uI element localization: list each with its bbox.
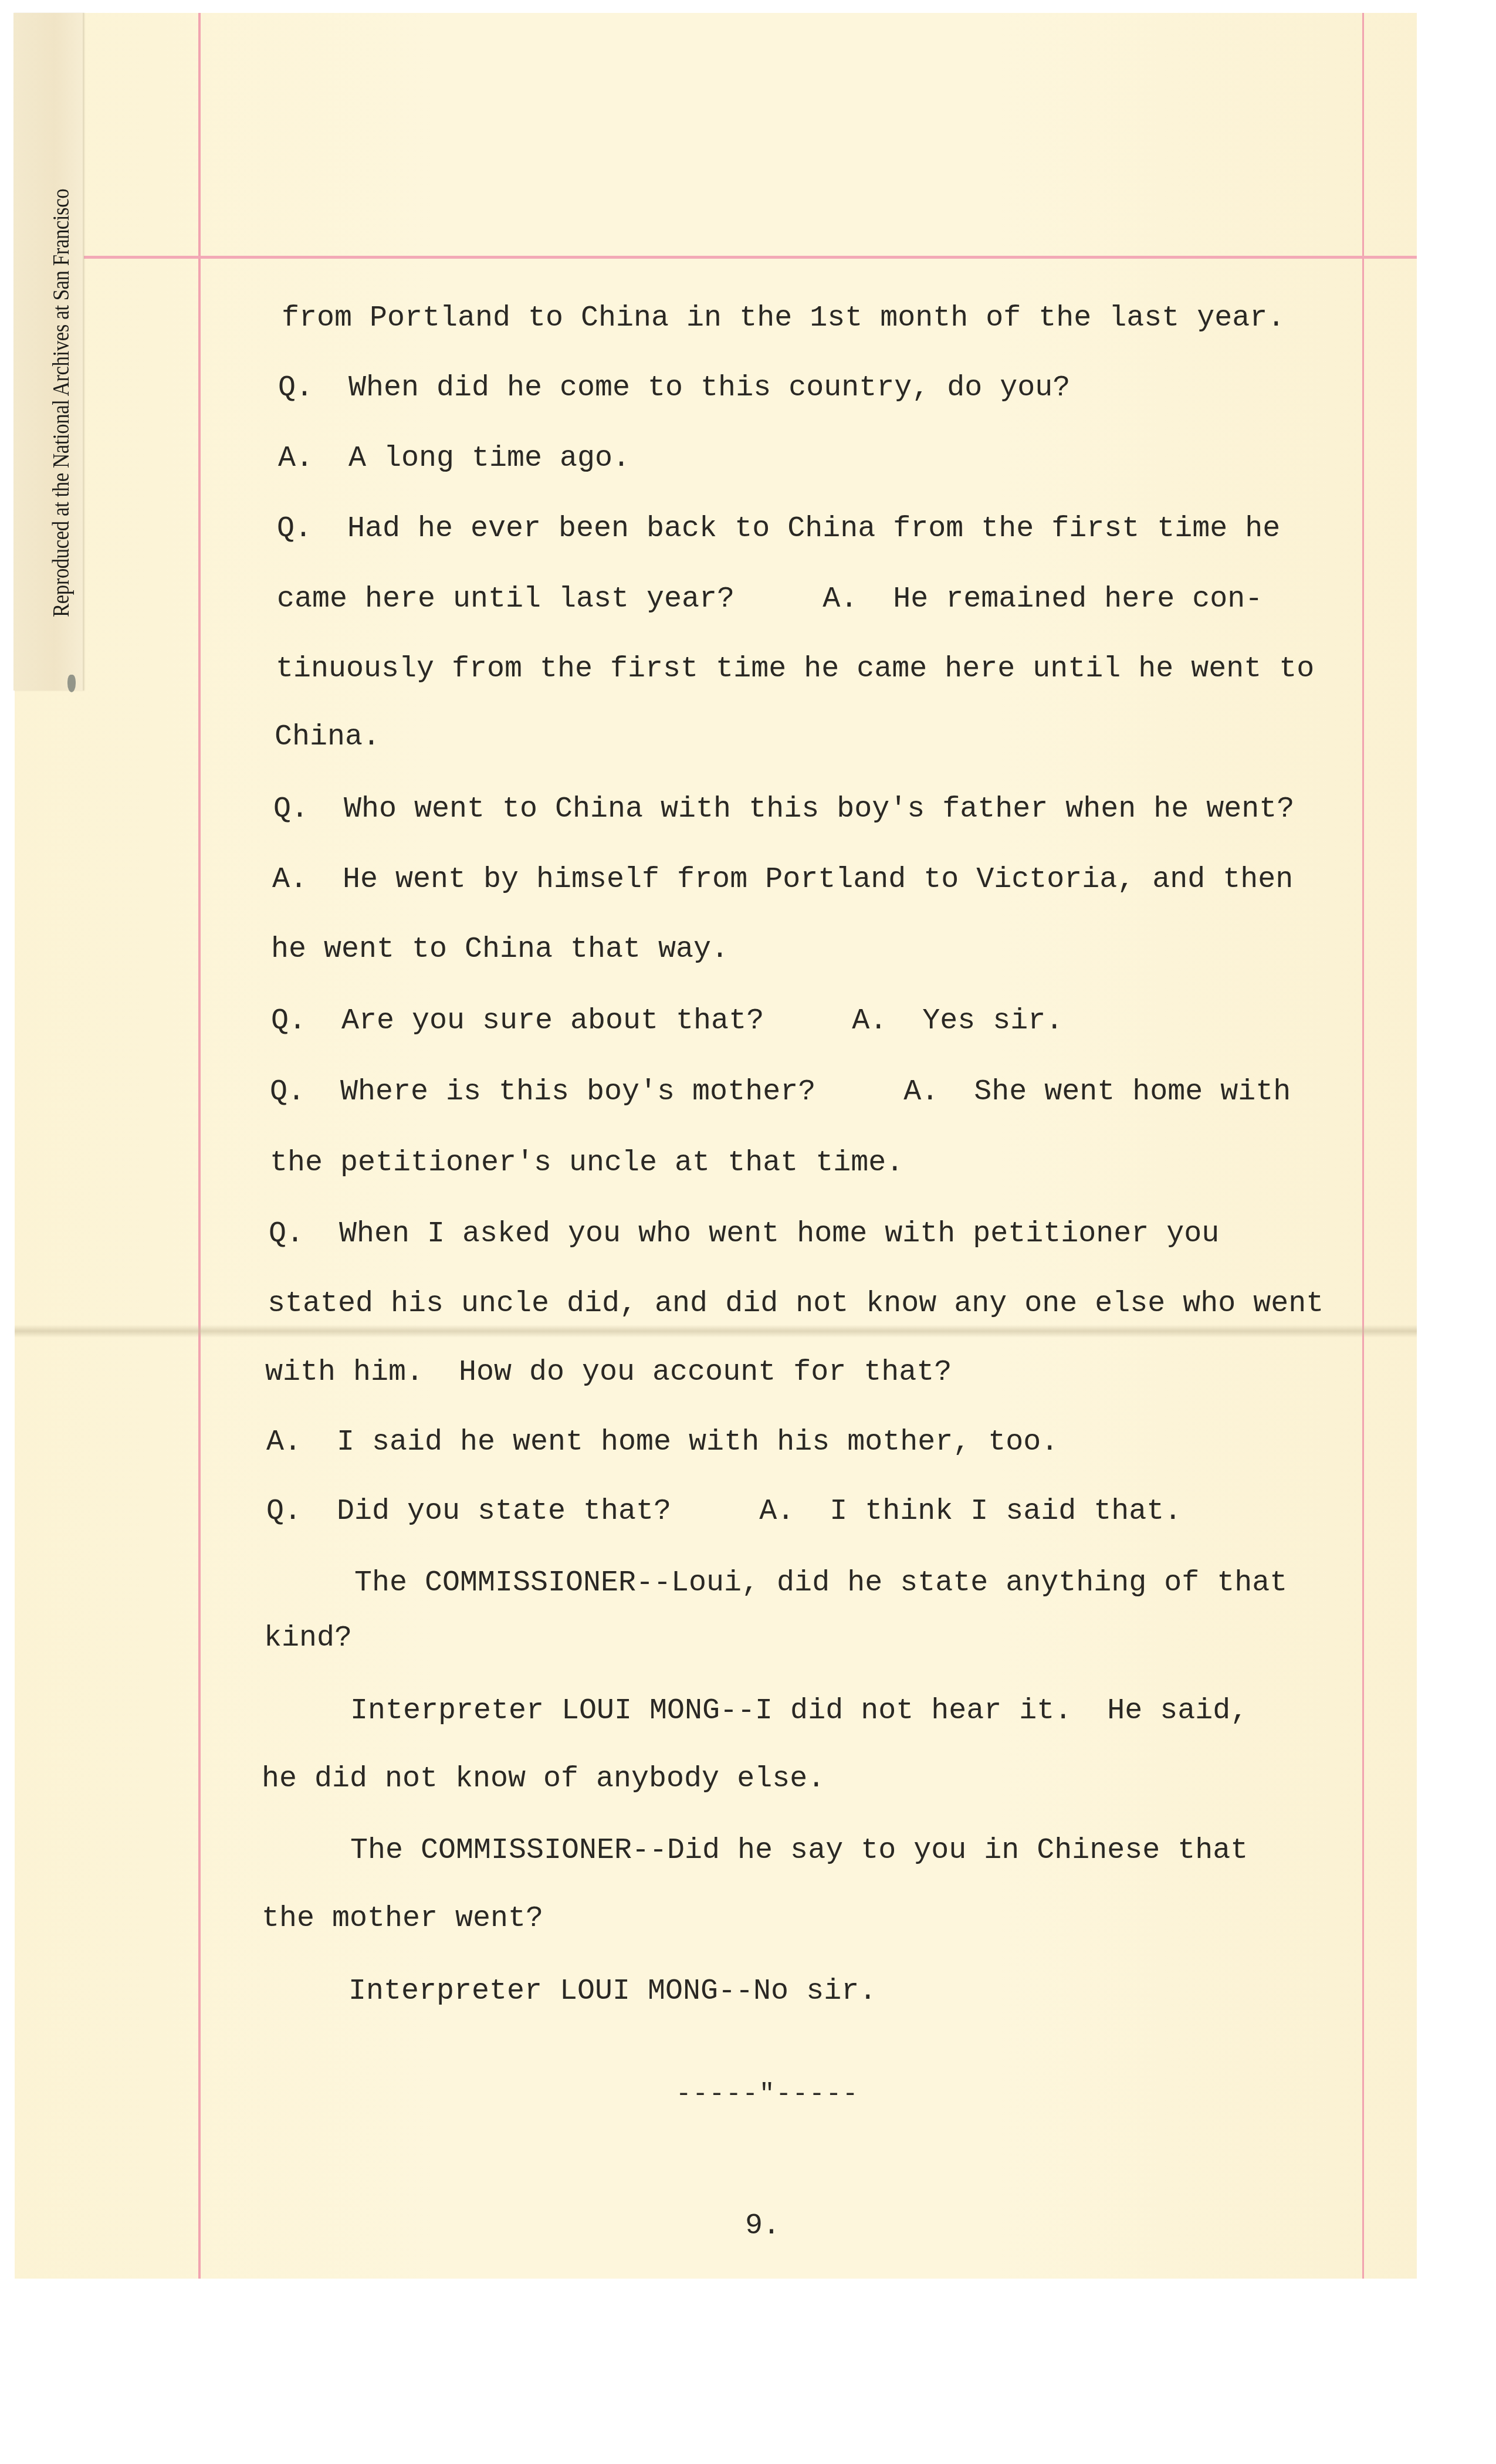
transcript-line: the mother went?: [262, 1904, 543, 1934]
transcript-line: stated his uncle did, and did not know a…: [268, 1289, 1324, 1319]
transcript-line: Q. Who went to China with this boy's fat…: [273, 795, 1294, 824]
document-page: [15, 13, 1417, 2279]
paper-fold-crease: [15, 1325, 1417, 1338]
transcript-line: kind?: [264, 1624, 352, 1653]
transcript-line: A. I said he went home with his mother, …: [266, 1428, 1058, 1457]
transcript-line: came here until last year? A. He remaine…: [277, 585, 1263, 614]
transcript-line: China.: [275, 723, 380, 752]
transcript-line: Q. When did he come to this country, do …: [278, 374, 1070, 403]
transcript-line: from Portland to China in the 1st month …: [282, 304, 1285, 333]
transcript-line: with him. How do you account for that?: [265, 1358, 952, 1387]
transcript-line: Q. When I asked you who went home with p…: [269, 1220, 1219, 1249]
top-margin-rule: [15, 256, 1417, 259]
transcript-line: Q. Did you state that? A. I think I said…: [266, 1497, 1182, 1527]
section-separator: -----"-----: [676, 2080, 859, 2109]
transcript-line: he did not know of anybody else.: [262, 1765, 825, 1794]
page-number: 9.: [745, 2212, 780, 2241]
transcript-line: tinuously from the first time he came he…: [276, 655, 1314, 684]
right-margin-rule: [1362, 13, 1364, 2279]
transcript-line: A. A long time ago.: [278, 444, 630, 473]
transcript-line: he went to China that way.: [271, 935, 729, 964]
transcript-line: Q. Where is this boy's mother? A. She we…: [270, 1078, 1291, 1107]
left-margin-rule: [198, 13, 201, 2279]
transcript-line: Interpreter LOUI MONG--No sir.: [348, 1977, 876, 2006]
transcript-line: A. He went by himself from Portland to V…: [272, 865, 1293, 895]
transcript-line: Q. Are you sure about that? A. Yes sir.: [271, 1007, 1063, 1036]
transcript-line: Interpreter LOUI MONG--I did not hear it…: [350, 1697, 1248, 1726]
archive-stamp: Reproduced at the National Archives at S…: [47, 189, 75, 617]
transcript-line: The COMMISSIONER--Did he say to you in C…: [350, 1836, 1248, 1866]
tape-residue-mark: [67, 675, 76, 692]
transcript-line: the petitioner's uncle at that time.: [270, 1149, 903, 1178]
transcript-line: Q. Had he ever been back to China from t…: [277, 515, 1280, 544]
transcript-line: The COMMISSIONER--Loui, did he state any…: [354, 1569, 1287, 1598]
